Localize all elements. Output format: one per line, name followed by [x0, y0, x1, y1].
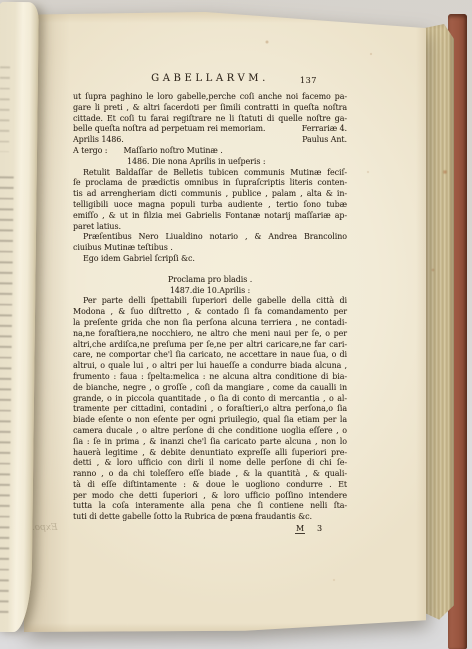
signature-letter: M	[295, 524, 305, 534]
text-line: 1487.die 10.Aprilis :	[73, 286, 347, 297]
text-line: gare li preti , & altri ſacerdoti per ſi…	[73, 103, 347, 114]
text-line: ut ſupra paghino le loro gabelle,perche …	[73, 92, 347, 103]
text-line: Ego idem Gabriel ſcripſi &c.	[73, 254, 347, 265]
text-block: GABELLARVM. 137 ut ſupra paghino le loro…	[73, 74, 347, 535]
text-line: cittade. Et coſi tu farai regiſtrare ne …	[73, 114, 347, 125]
text-line: na,ne foraſtiera,ne nocchiero, ne altro …	[73, 329, 347, 340]
text-line: care, ne comportar che'l ſia caricato, n…	[73, 350, 347, 361]
text-lines: ut ſupra paghino le loro gabelle,perche …	[73, 92, 347, 523]
text-line: tutta la coſa interamente alla pena che …	[73, 501, 347, 512]
text-line: Retulit Baldaſſar de Belletis tubicen co…	[73, 168, 347, 179]
text-line: 1486. Die nona Aprilis in ueſperis :	[73, 157, 347, 168]
page-title: GABELLARVM.	[151, 73, 269, 84]
text-line: hauerà legitime , & debite denuntiato ex…	[73, 448, 347, 459]
signature-number: 3	[317, 524, 322, 533]
text-line: tis ad arrengheriam dicti communis , pub…	[73, 189, 347, 200]
text-line: la preſente grida che non ſia perſona al…	[73, 318, 347, 329]
text-line: emiſſo , & ut in filzia mei Gabrielis Fo…	[73, 211, 347, 222]
running-header: GABELLARVM. 137	[73, 74, 347, 87]
text-line: paret latius.	[73, 222, 347, 233]
text-line: tramente per cittadini, contadini , o fo…	[73, 404, 347, 415]
text-line: detti , & loro ufficio con dirli il nome…	[73, 458, 347, 469]
text-line: grande, o in piccola quantitade , o ſia …	[73, 394, 347, 405]
text-line: ſia : ſe in prima , & inanzi che'l ſia c…	[73, 437, 347, 448]
text-line: camera ducale , o altre perſone di che c…	[73, 426, 347, 437]
signature-mark: M3	[73, 524, 347, 535]
text-line: tà di eſſe diſtintamente : & doue le uog…	[73, 480, 347, 491]
text-line: altri,che ardiſca,ne preſuma per ſe,ne p…	[73, 340, 347, 351]
text-line: belle queſta noſtra ad perpetuam rei mem…	[73, 124, 347, 135]
text-line: Per parte delli ſpettabili ſuperiori del…	[73, 296, 347, 307]
text-line: frumento : faua : ſpelta:melica : ne alc…	[73, 372, 347, 383]
text-line: Proclama pro bladis .	[73, 275, 347, 286]
text-line: ranno , o da chi toleſſero eſſe biade , …	[73, 469, 347, 480]
text-line: altrui, o quale lui , o altri per lui ha…	[73, 361, 347, 372]
folio-number: 137	[300, 76, 317, 87]
text-line: per modo che detti ſuperiori , & loro uf…	[73, 491, 347, 502]
book-page-wrap: GABELLARVM. 137 ut ſupra paghino le loro…	[24, 12, 426, 632]
text-line: Præſentibus Nero Liualdino notario , & A…	[73, 232, 347, 243]
text-line: Modona , & ſuo diſtretto , & contado ſi …	[73, 307, 347, 318]
text-line: tuti di dette gabelle ſotto la Rubrica d…	[73, 512, 347, 523]
text-line: biade eſente o non eſente per ogni priui…	[73, 415, 347, 426]
text-line: telligibili uoce magna populi turba audi…	[73, 200, 347, 211]
text-line: ciuibus Mutinæ teſtibus .	[73, 243, 347, 254]
book-page: GABELLARVM. 137 ut ſupra paghino le loro…	[24, 12, 426, 632]
ghost-text: Expo.	[32, 523, 58, 533]
text-line: A tergo :Maſſario noſtro Mutinæ .	[73, 146, 347, 157]
text-line: ſe proclama de prædictis omnibus in ſupr…	[73, 178, 347, 189]
text-line: Aprilis 1486.Paulus Ant.	[73, 135, 347, 146]
text-line: de bianche, negre , o groſſe , coſi da m…	[73, 383, 347, 394]
